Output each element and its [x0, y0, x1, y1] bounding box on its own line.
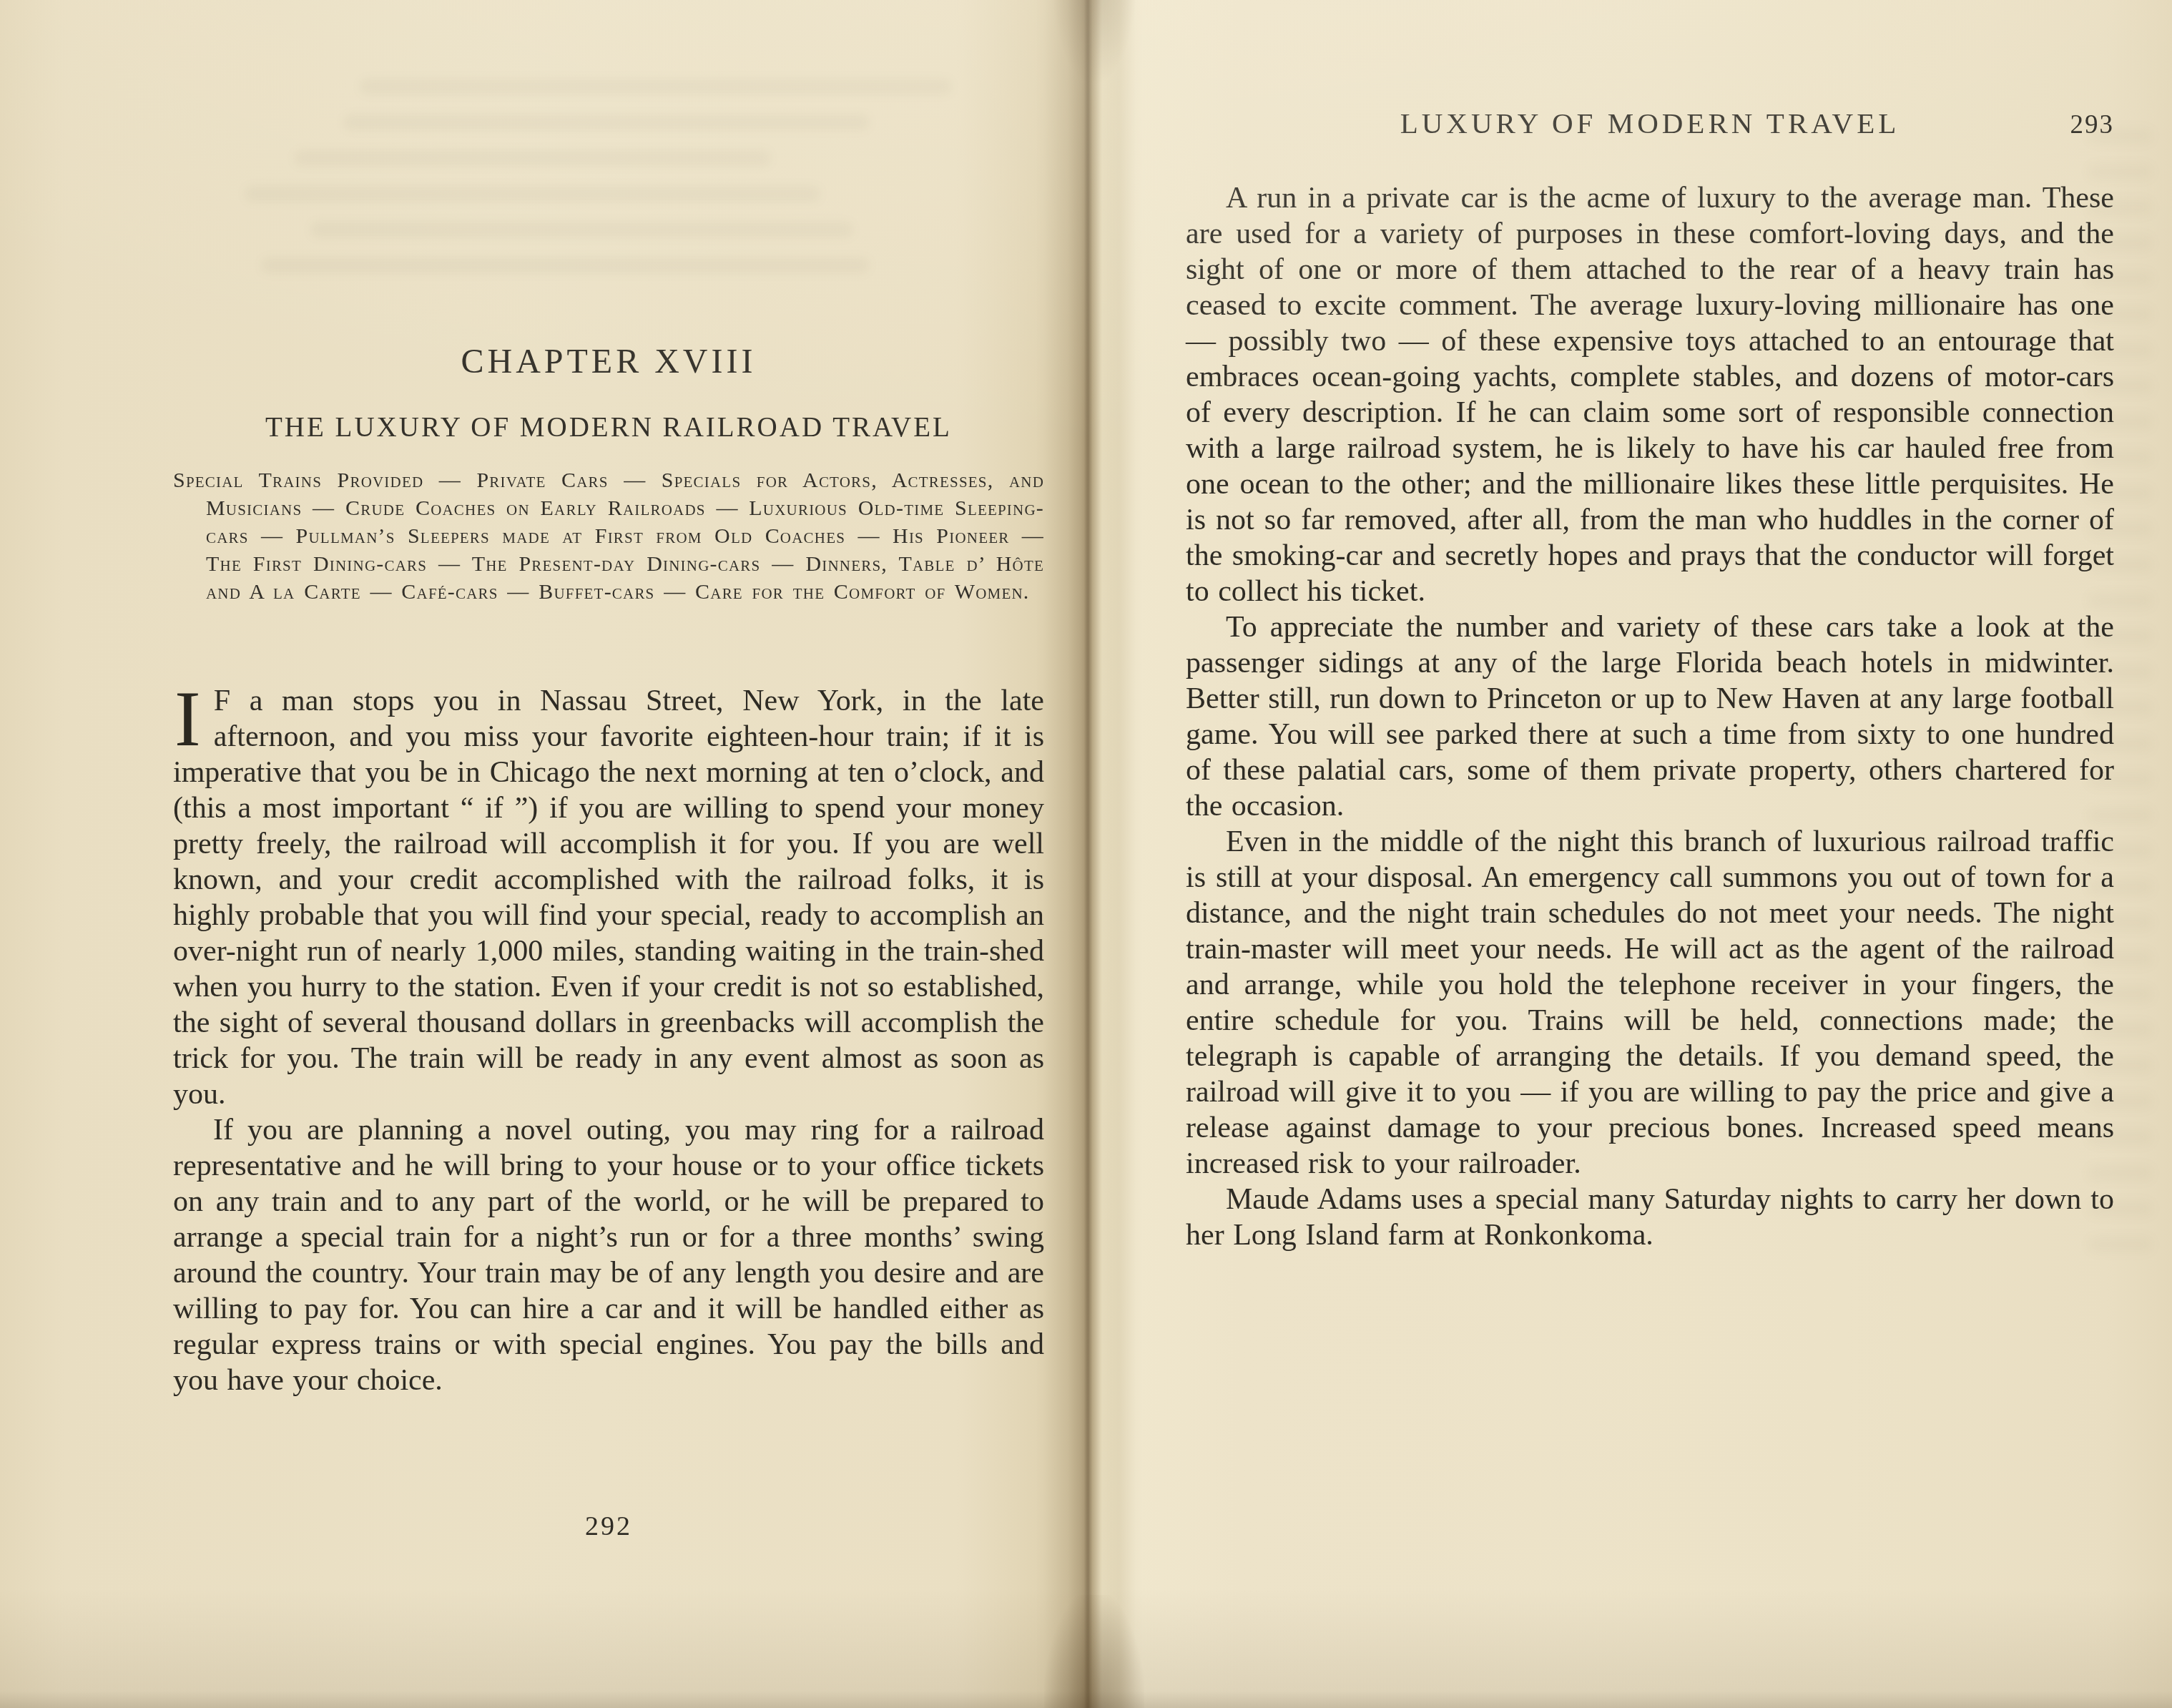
chapter-summary: Special Trains Provided — Private Cars —… — [173, 466, 1044, 606]
chapter-number: CHAPTER XVIII — [173, 342, 1044, 381]
show-through-smudge — [179, 79, 1001, 293]
book-spread: CHAPTER XVIII THE LUXURY OF MODERN RAILR… — [0, 0, 2172, 1708]
page-number-left: 292 — [173, 1511, 1044, 1542]
right-page-body: A run in a private car is the acme of lu… — [1186, 180, 2114, 1253]
paragraph: Even in the middle of the night this bra… — [1186, 824, 2114, 1182]
paragraph: Maude Adams uses a special many Saturday… — [1186, 1182, 2114, 1253]
paragraph: IF a man stops you in Nassau Street, New… — [173, 683, 1044, 1112]
paragraph-text: F a man stops you in Nassau Street, New … — [173, 684, 1044, 1111]
paragraph: To appreciate the number and variety of … — [1186, 609, 2114, 824]
page-number-right: 293 — [2070, 109, 2115, 140]
paragraph: A run in a private car is the acme of lu… — [1186, 180, 2114, 609]
left-page: CHAPTER XVIII THE LUXURY OF MODERN RAILR… — [0, 0, 1087, 1708]
paragraph: If you are planning a novel outing, you … — [173, 1112, 1044, 1398]
drop-cap: I — [173, 683, 214, 752]
left-page-body: IF a man stops you in Nassau Street, New… — [173, 683, 1044, 1398]
chapter-title: THE LUXURY OF MODERN RAILROAD TRAVEL — [173, 411, 1044, 443]
running-header: LUXURY OF MODERN TRAVEL — [1186, 106, 2114, 140]
